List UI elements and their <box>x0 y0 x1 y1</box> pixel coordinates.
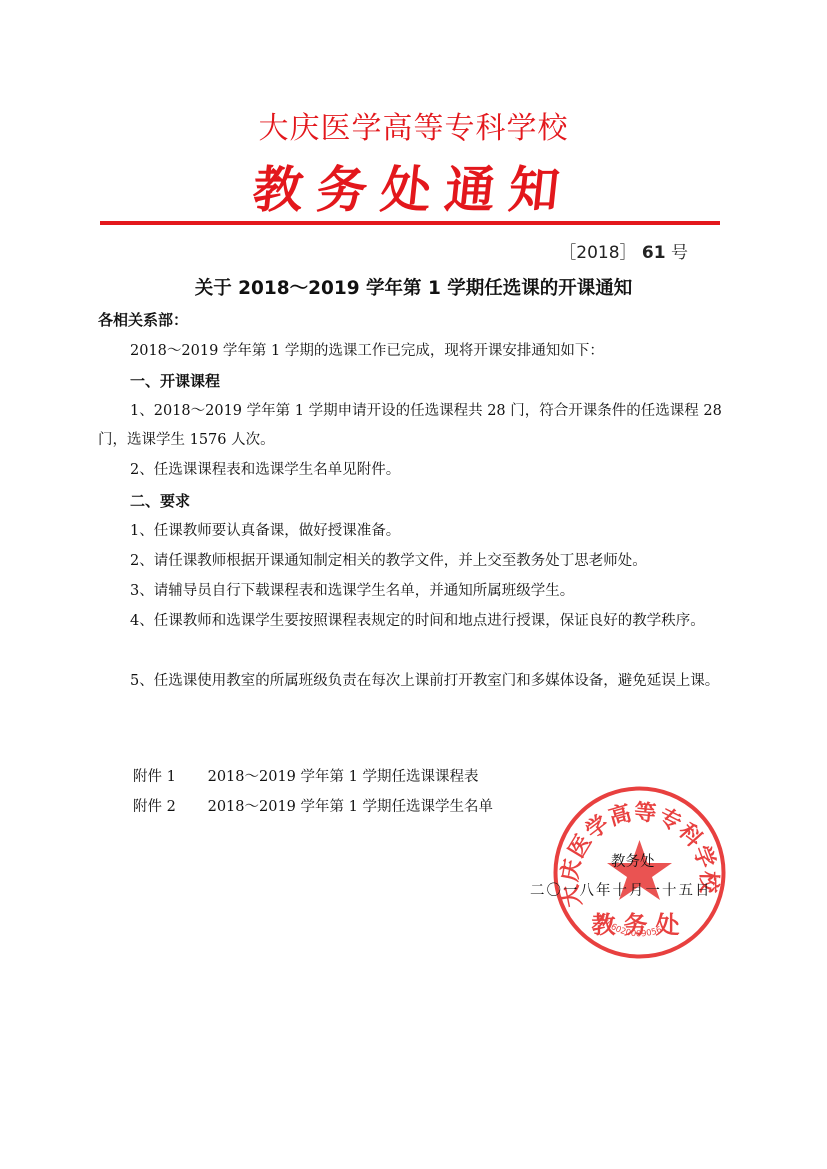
list-item: 1、2018～2019 学年第 1 学期申请开设的任选课程共 28 门，符合开课… <box>98 397 730 455</box>
signature-office: 教务处 <box>611 850 655 871</box>
document-heading: 关于 2018～2019 学年第 1 学期任选课的开课通知 <box>0 274 827 300</box>
list-item: 3、请辅导员自行下载课程表和选课学生名单，并通知所属班级学生。 <box>98 577 730 606</box>
doc-number-year: ［2018］ <box>559 243 636 263</box>
notice-title: 教务处通知 <box>0 150 827 222</box>
intro-paragraph: 2018～2019 学年第 1 学期的选课工作已完成，现将开课安排通知如下： <box>98 337 730 366</box>
list-item: 4、任课教师和选课学生要按照课程表规定的时间和地点进行授课，保证良好的教学秩序。 <box>98 607 730 636</box>
doc-number-num: 61 <box>642 243 666 263</box>
red-divider <box>100 221 720 225</box>
official-stamp: 大庆医学高等专科学校 教务处 2306020009056 <box>552 785 727 960</box>
list-item: 2、任选课课程表和选课学生名单见附件。 <box>98 456 730 485</box>
list-item: 1、任课教师要认真备课，做好授课准备。 <box>98 517 730 546</box>
salutation: 各相关系部： <box>98 309 188 330</box>
attachment-title: 2018～2019 学年第 1 学期任选课课程表 <box>208 769 479 785</box>
signature-date: 二〇一八年十月一十五日 <box>530 879 712 900</box>
list-item: 2、请任课教师根据开课通知制定相关的教学文件，并上交至教务处丁思老师处。 <box>98 547 730 576</box>
doc-number-suffix: 号 <box>671 243 688 263</box>
attachment-title: 2018～2019 学年第 1 学期任选课学生名单 <box>208 799 493 815</box>
section-title-requirements: 二、要求 <box>130 490 190 511</box>
attachment-2: 附件 2 2018～2019 学年第 1 学期任选课学生名单 <box>133 795 493 816</box>
attachment-label: 附件 1 <box>133 765 203 786</box>
list-item: 5、任选课使用教室的所属班级负责在每次上课前打开教室门和多媒体设备，避免延误上课… <box>98 667 730 696</box>
document-number: ［2018］ 61 号 <box>559 238 688 263</box>
section-title-courses: 一、开课课程 <box>130 370 220 391</box>
attachment-label: 附件 2 <box>133 795 203 816</box>
school-name: 大庆医学高等专科学校 <box>0 103 827 147</box>
attachment-1: 附件 1 2018～2019 学年第 1 学期任选课课程表 <box>133 765 478 786</box>
